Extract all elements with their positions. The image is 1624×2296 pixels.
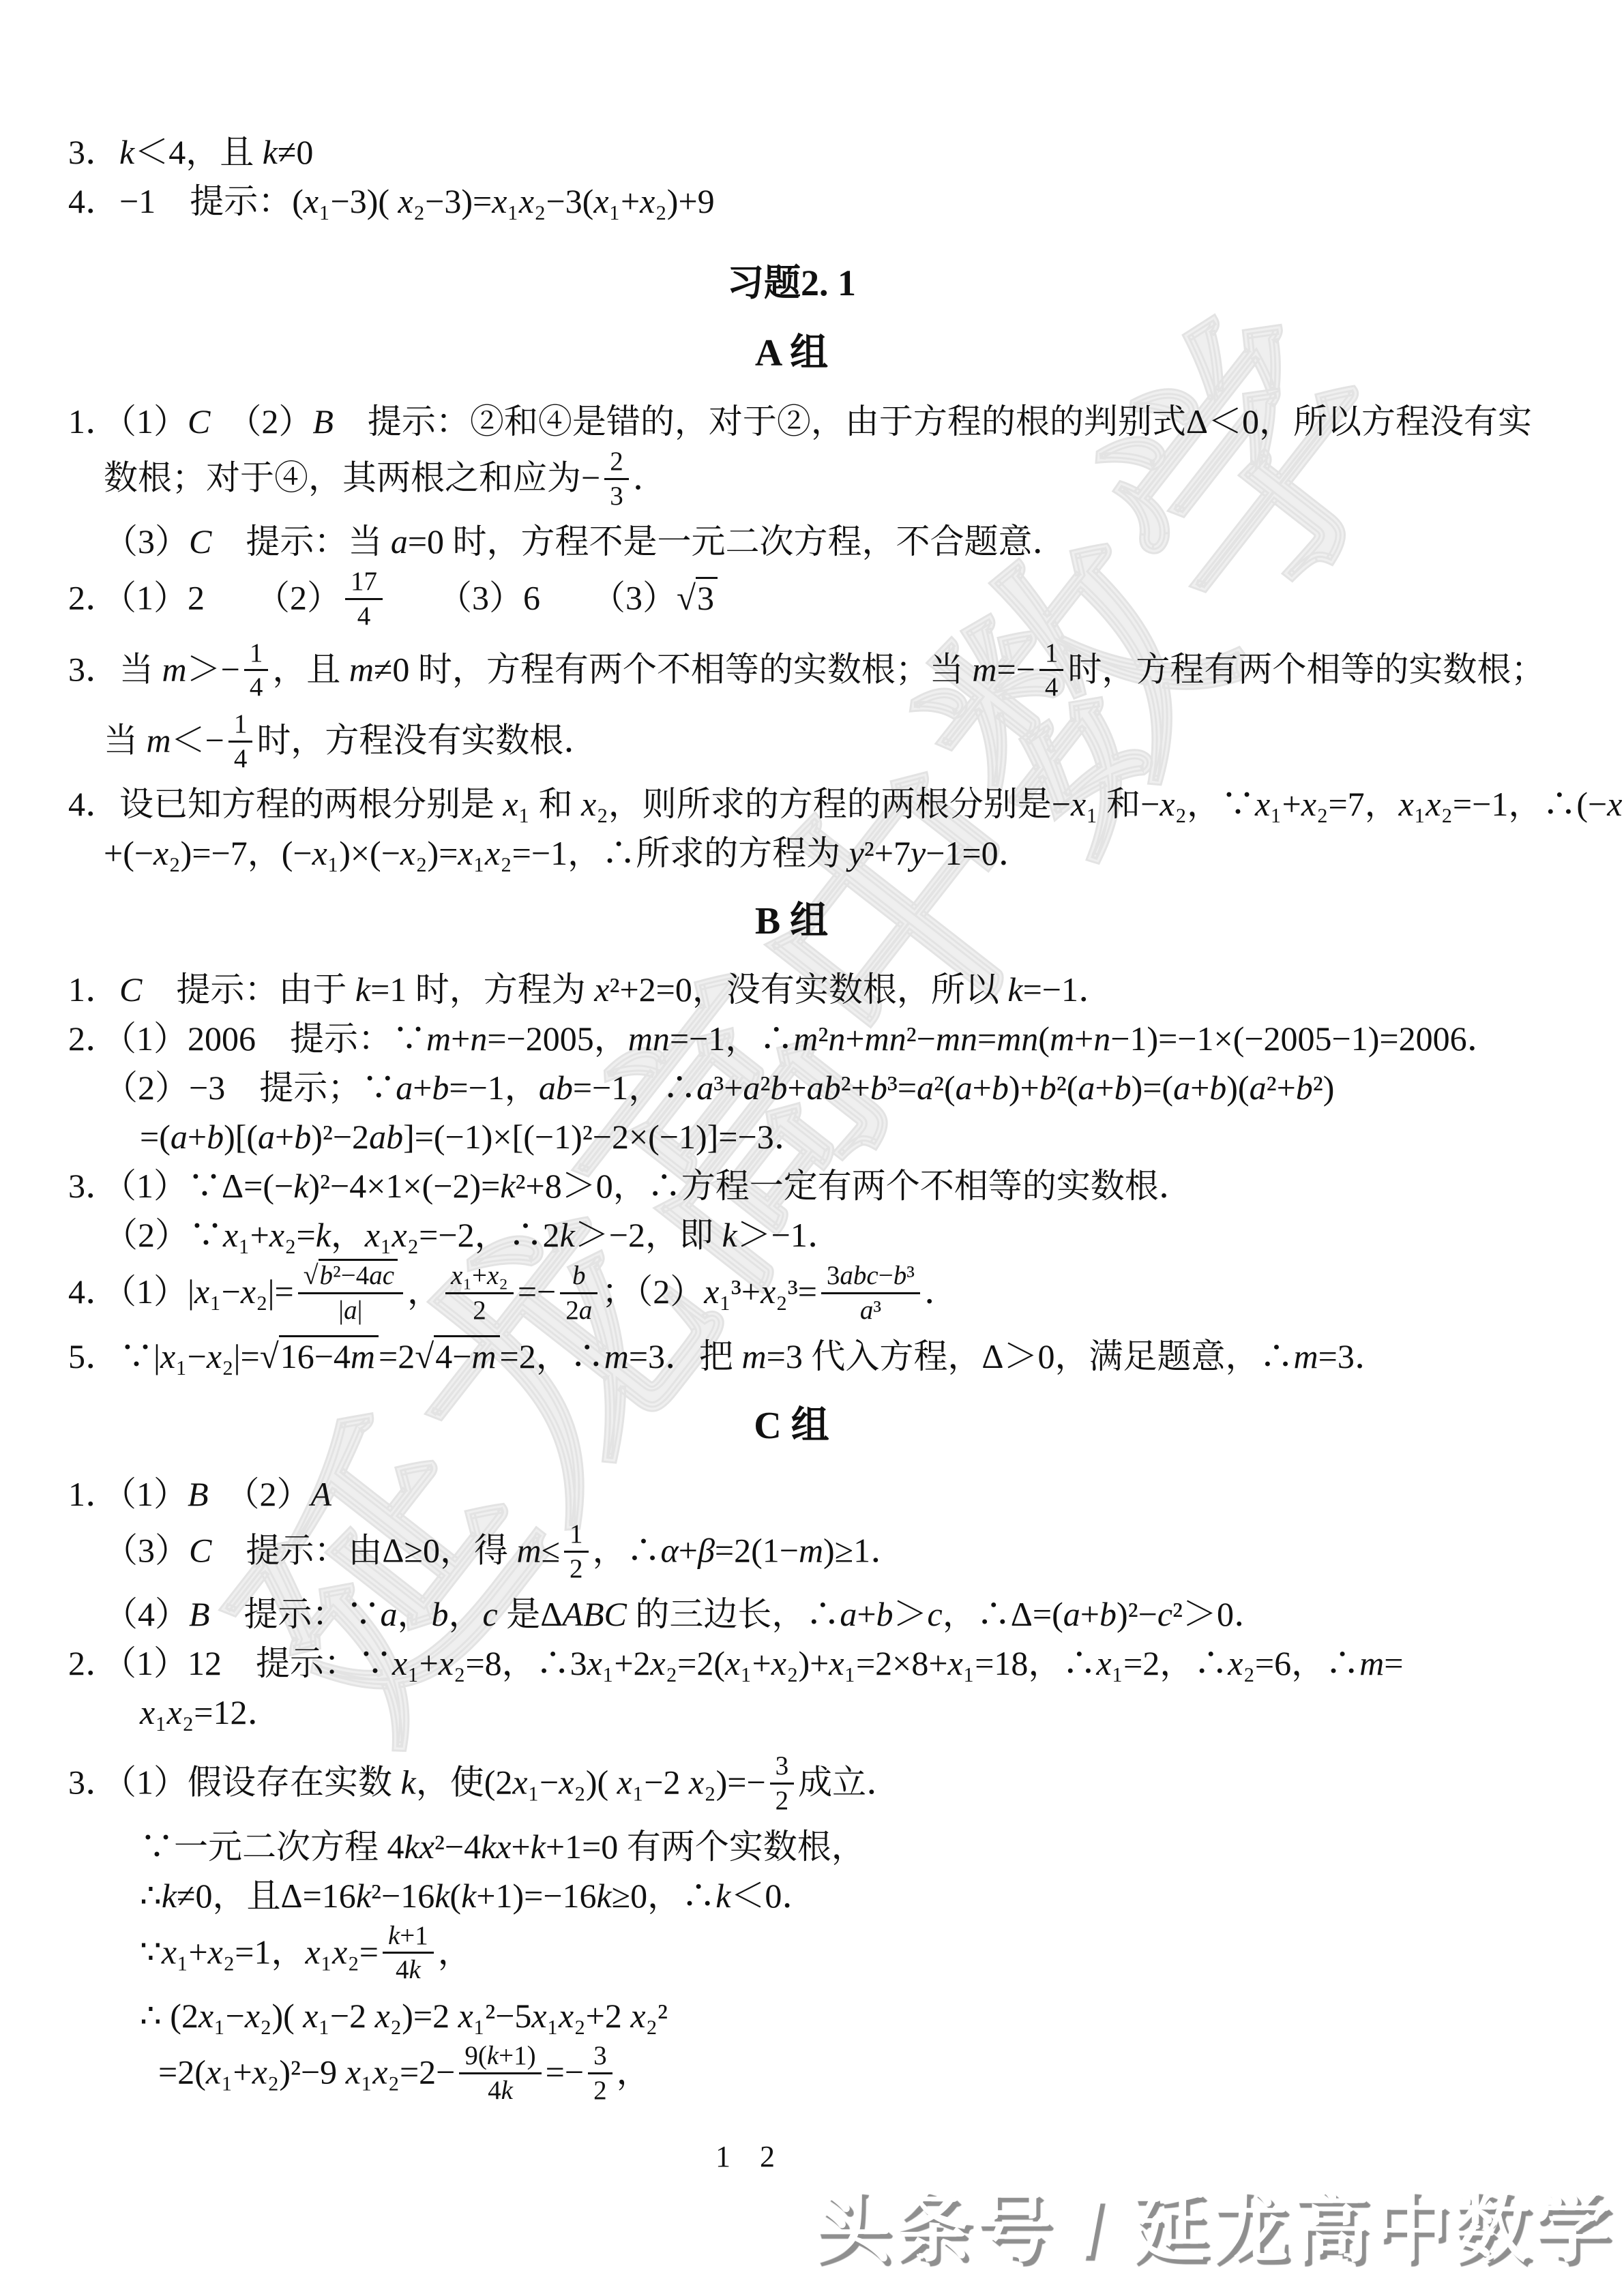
fraction: 14 bbox=[244, 638, 269, 702]
text-line: =2(x₁+x₂)²−9 x₁x₂=2−9(k+1)4k=−32， bbox=[0, 2044, 1583, 2108]
text-line: +(−x₂)=−7，(−x₁)×(−x₂)=x₁x₂=−1，∴所求的方程为 y²… bbox=[0, 832, 1583, 874]
text-line: 数根；对于④，其两根之和应为−23． bbox=[0, 449, 1583, 513]
text-line: （3）C 提示：由Δ≥0，得 m≤12，∴α+β=2(1−m)≥1． bbox=[0, 1522, 1583, 1586]
text-line: 3．（1）∵Δ=(−k)²−4×1×(−2)=k²+8＞0，∴方程一定有两个不相… bbox=[0, 1165, 1583, 1207]
answer-groups: A 组1．（1）C （2）B 提示：②和④是错的，对于②，由于方程的根的判别式Δ… bbox=[0, 323, 1583, 2108]
text-line: ∴ (2x₁−x₂)( x₁−2 x₂)=2 x₁²−5x₁x₂+2 x₂² bbox=[0, 1995, 1583, 2037]
text-line: 5．∵|x₁−x₂|=√16−4m=2√4−m=2，∴m=3．把 m=3 代入方… bbox=[0, 1335, 1583, 1379]
text-line: （3）C 提示：当 a=0 时，方程不是一元二次方程，不合题意． bbox=[0, 520, 1583, 563]
text-line: 3．（1）假设存在实数 k，使(2x₁−x₂)( x₁−2 x₂)=−32成立． bbox=[0, 1754, 1583, 1818]
text-line: （2）−3 提示；∵a+b=−1，ab=−1，∴a³+a²b+ab²+b³=a²… bbox=[0, 1067, 1583, 1109]
text-line: 1．（1）B （2）A bbox=[0, 1473, 1583, 1515]
text-line: 4．设已知方程的两根分别是 x₁ 和 x₂，则所求的方程的两根分别是−x₁ 和−… bbox=[0, 783, 1583, 825]
fraction: 23 bbox=[604, 447, 629, 511]
text-line: x₁x₂=12． bbox=[0, 1691, 1583, 1733]
text-line: ∵一元二次方程 4kx²−4kx+k+1=0 有两个实数根， bbox=[0, 1825, 1583, 1868]
group-heading: C 组 bbox=[0, 1395, 1583, 1450]
text-line: 1．（1）C （2）B 提示：②和④是错的，对于②，由于方程的根的判别式Δ＜0，… bbox=[0, 400, 1583, 443]
exercise-title: 习题2. 1 bbox=[0, 254, 1583, 306]
sqrt-expression: √16−4m bbox=[260, 1337, 379, 1375]
answer-page: 延龙高中数学 3．k＜4，且 k≠04．−1 提示：(x₁−3)( x₂−3)=… bbox=[0, 0, 1624, 2296]
intro-lines: 3．k＜4，且 k≠04．−1 提示：(x₁−3)( x₂−3)=x₁x₂−3(… bbox=[0, 131, 1583, 222]
text-line: （4）B 提示：∵a，b，c 是ΔABC 的三边长，∴a+b＞c，∴Δ=(a+b… bbox=[0, 1593, 1583, 1635]
fraction: √b²−4ac|a| bbox=[298, 1260, 403, 1325]
text-line: ∴k≠0，且Δ=16k²−16k(k+1)=−16k≥0，∴k＜0． bbox=[0, 1875, 1583, 1917]
sqrt-expression: √3 bbox=[677, 579, 718, 617]
text-line: 3．当 m＞−14，且 m≠0 时，方程有两个不相等的实数根；当 m=−14时，… bbox=[0, 641, 1583, 705]
text-line: 1．C 提示：由于 k=1 时，方程为 x²+2=0，没有实数根，所以 k=−1… bbox=[0, 968, 1583, 1011]
text-line: 当 m＜−14时，方程没有实数根． bbox=[0, 712, 1583, 776]
text-line: 4．（1）|x₁−x₂|=√b²−4ac|a|，x₁+x₂2=−b2a；（2）x… bbox=[0, 1263, 1583, 1328]
fraction: 14 bbox=[1039, 638, 1064, 702]
text-line: 2．（1）2006 提示：∵m+n=−2005，mn=−1，∴m²n+mn²−m… bbox=[0, 1017, 1583, 1060]
fraction: 32 bbox=[588, 2041, 612, 2105]
text-line: ∵x₁+x₂=1，x₁x₂=k+14k， bbox=[0, 1924, 1583, 1988]
text-line: 2．（1）2 （2）174 （3）6 （3）√3 bbox=[0, 569, 1583, 633]
fraction: 32 bbox=[770, 1751, 795, 1815]
content-area: 3．k＜4，且 k≠04．−1 提示：(x₁−3)( x₂−3)=x₁x₂−3(… bbox=[0, 0, 1624, 2174]
text-line: （2）∵x₁+x₂=k，x₁x₂=−2，∴2k＞−2，即 k＞−1． bbox=[0, 1214, 1583, 1256]
fraction: 3abc−b³a³ bbox=[821, 1261, 920, 1325]
fraction: 174 bbox=[345, 567, 383, 631]
text-line: 2．（1）12 提示：∵x₁+x₂=8，∴3x₁+2x₂=2(x₁+x₂)+x₁… bbox=[0, 1642, 1583, 1684]
fraction: 9(k+1)4k bbox=[459, 2041, 541, 2105]
sqrt-expression: √b²−4ac bbox=[304, 1261, 398, 1290]
text-line: =(a+b)[(a+b)²−2ab]=(−1)×[(−1)²−2×(−1)]=−… bbox=[0, 1116, 1583, 1158]
text-line: 3．k＜4，且 k≠0 bbox=[0, 131, 1583, 173]
fraction: x₁+x₂2 bbox=[445, 1261, 514, 1325]
group-heading: A 组 bbox=[0, 323, 1583, 377]
text-line: 4．−1 提示：(x₁−3)( x₂−3)=x₁x₂−3(x₁+x₂)+9 bbox=[0, 180, 1583, 222]
sqrt-expression: √4−m bbox=[415, 1337, 499, 1375]
fraction: 14 bbox=[228, 709, 253, 773]
footer-watermark: 头条号 / 延龙高中数学 bbox=[814, 2167, 1614, 2277]
group-heading: B 组 bbox=[0, 891, 1583, 945]
fraction: k+14k bbox=[383, 1921, 434, 1985]
fraction: b2a bbox=[560, 1261, 597, 1325]
fraction: 12 bbox=[564, 1519, 589, 1583]
